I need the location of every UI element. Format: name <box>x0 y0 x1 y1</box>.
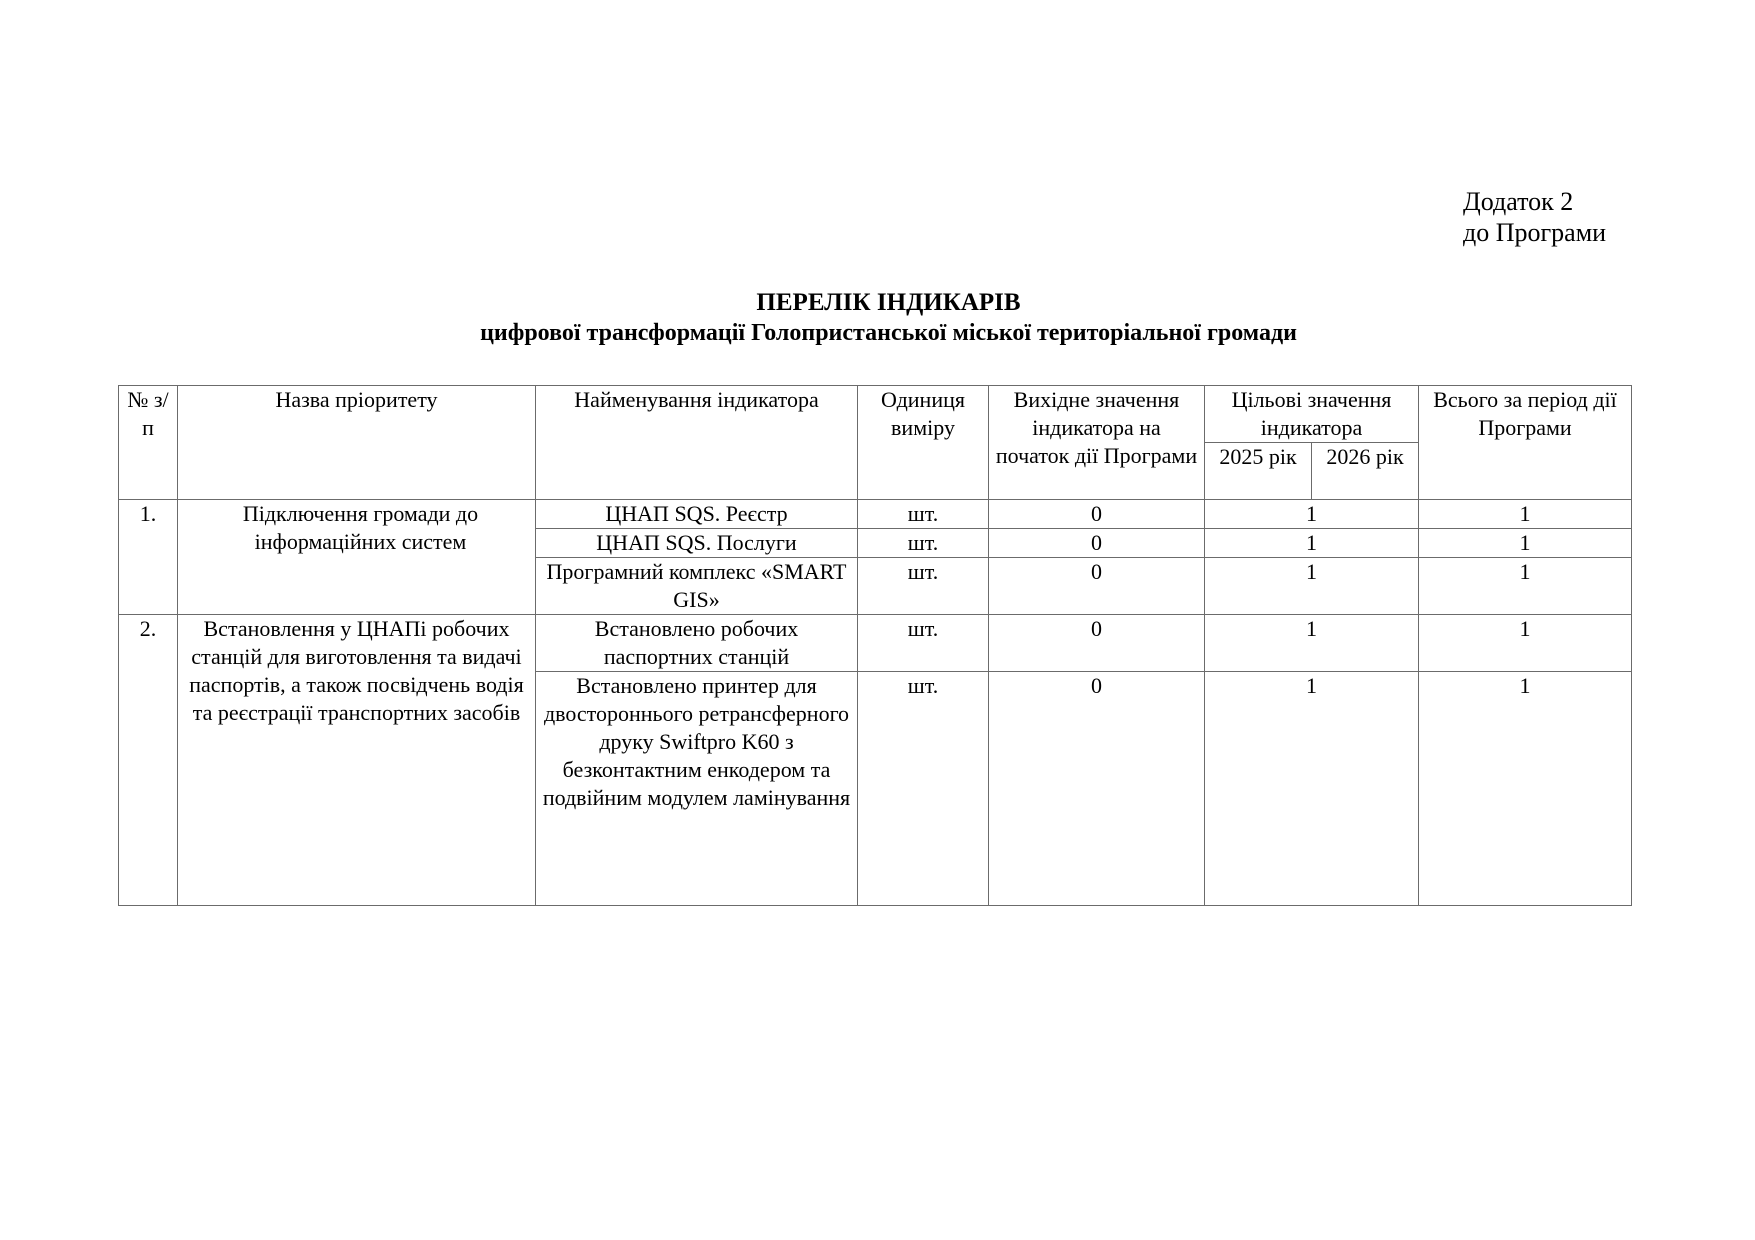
unit-cell: шт. <box>858 558 989 615</box>
title-line-2: цифрової трансформації Голопристанської … <box>22 318 1755 349</box>
indicators-table: № з/п Назва пріоритету Найменування інди… <box>118 385 1632 906</box>
table-header-row: № з/п Назва пріоритету Найменування інди… <box>119 386 1632 443</box>
unit-cell: шт. <box>858 672 989 906</box>
unit-cell: шт. <box>858 615 989 672</box>
row-number: 1. <box>119 500 178 615</box>
header-baseline: Вихідне значення індикатора на початок д… <box>989 386 1205 500</box>
priority-name: Підключення громади до інформаційних сис… <box>178 500 536 615</box>
header-priority: Назва пріоритету <box>178 386 536 500</box>
title-line-1: ПЕРЕЛІК ІНДИКАРІВ <box>22 287 1755 318</box>
priority-name: Встановлення у ЦНАПі робочих станцій для… <box>178 615 536 906</box>
unit-cell: шт. <box>858 529 989 558</box>
header-unit: Одиниця виміру <box>858 386 989 500</box>
appendix-label: Додаток 2 до Програми <box>1463 186 1606 248</box>
total-value: 1 <box>1419 615 1632 672</box>
indicator-name: Встановлено робочих паспортних станцій <box>536 615 858 672</box>
header-year-2026: 2026 рік <box>1312 443 1419 500</box>
target-value: 1 <box>1205 558 1419 615</box>
header-num: № з/п <box>119 386 178 500</box>
target-value: 1 <box>1205 500 1419 529</box>
document-title: ПЕРЕЛІК ІНДИКАРІВ цифрової трансформації… <box>0 287 1755 349</box>
baseline-value: 0 <box>989 672 1205 906</box>
table-row: 2.Встановлення у ЦНАПі робочих станцій д… <box>119 615 1632 672</box>
header-year-2025: 2025 рік <box>1205 443 1312 500</box>
indicator-name: ЦНАП SQS. Послуги <box>536 529 858 558</box>
baseline-value: 0 <box>989 529 1205 558</box>
total-value: 1 <box>1419 672 1632 906</box>
row-number: 2. <box>119 615 178 906</box>
baseline-value: 0 <box>989 558 1205 615</box>
target-value: 1 <box>1205 529 1419 558</box>
indicator-name: Встановлено принтер для двостороннього р… <box>536 672 858 906</box>
indicator-name: Програмний комплекс «SMART GIS» <box>536 558 858 615</box>
baseline-value: 0 <box>989 615 1205 672</box>
header-target: Цільові значення індикатора <box>1205 386 1419 443</box>
indicator-name: ЦНАП SQS. Реєстр <box>536 500 858 529</box>
total-value: 1 <box>1419 558 1632 615</box>
header-total: Всього за період дії Програми <box>1419 386 1632 500</box>
appendix-line-2: до Програми <box>1463 217 1606 248</box>
unit-cell: шт. <box>858 500 989 529</box>
target-value: 1 <box>1205 672 1419 906</box>
header-indicator: Найменування індикатора <box>536 386 858 500</box>
baseline-value: 0 <box>989 500 1205 529</box>
total-value: 1 <box>1419 529 1632 558</box>
total-value: 1 <box>1419 500 1632 529</box>
target-value: 1 <box>1205 615 1419 672</box>
table-row: 1.Підключення громади до інформаційних с… <box>119 500 1632 529</box>
appendix-line-1: Додаток 2 <box>1463 186 1606 217</box>
